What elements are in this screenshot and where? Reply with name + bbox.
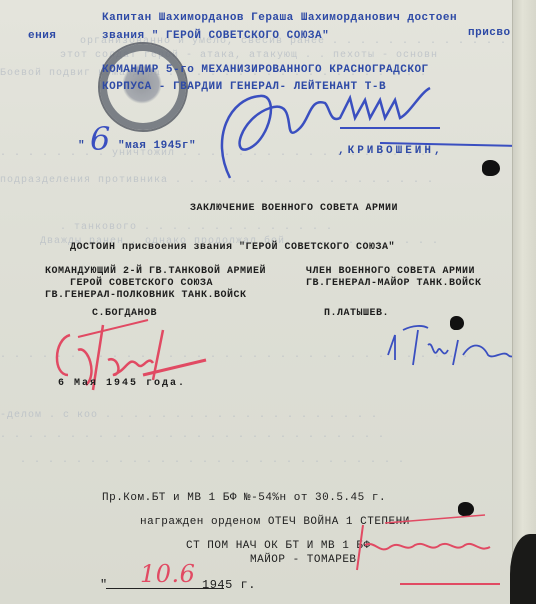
- paper-hole: [482, 160, 500, 176]
- header-date-day: 6: [90, 120, 111, 158]
- bleed-through-text: . . . . . . . . . . . . . . . . . . . . …: [20, 455, 405, 466]
- header-line-1-suffix: присво-: [468, 27, 518, 39]
- commander-signature: [190, 78, 450, 188]
- bleed-through-text: . . . . . . . . . . . . . . . . . . . . …: [0, 430, 385, 441]
- header-date-quote: ": [78, 140, 85, 152]
- paper-hole: [458, 502, 474, 516]
- award-signer-name: МАЙОР - ТОМАРЕВ: [250, 554, 357, 566]
- award-date-handwritten: 10.6: [140, 560, 195, 588]
- award-date-year: 1945 г.: [202, 578, 256, 592]
- conclusion-title: ЗАКЛЮЧЕНИЕ ВОЕННОГО СОВЕТА АРМИИ: [190, 203, 398, 214]
- header-line-2: звания " ГЕРОЙ СОВЕТСКОГО СОЮЗА": [102, 30, 329, 42]
- header-line-3: КОМАНДИР 5-го МЕХАНИЗИРОВАННОГО КРАСНОГР…: [102, 64, 429, 76]
- commander-title-line-1: КОМАНДУЮЩИЙ 2-Й ГВ.ТАНКОВОЙ АРМИЕЙ: [45, 266, 266, 277]
- conclusion-date: 6 Мая 1945 года.: [58, 378, 186, 389]
- header-date-rest: "мая 1945г": [118, 140, 196, 152]
- bleed-through-text: -делом . с коо . . . . . . . . . . . . .…: [0, 410, 378, 421]
- red-underline: [400, 583, 500, 585]
- conclusion-verdict: ДОСТОИН присвоения звания "ГЕРОЙ СОВЕТСК…: [70, 242, 395, 253]
- commander-title-line-3: ГВ.ГЕНЕРАЛ-ПОЛКОВНИК ТАНК.ВОЙСК: [45, 290, 247, 301]
- document-page: организованно и умело, свесив ранее . . …: [0, 0, 522, 604]
- header-line-2-prefix: ения: [28, 30, 56, 42]
- bleed-through-text: . танкового . . . . . . . . . . . . . .: [60, 222, 333, 233]
- award-signer-title: СТ ПОМ НАЧ ОК БТ И МВ 1 БФ: [186, 540, 371, 552]
- latyshev-signature: [383, 320, 533, 380]
- order-reference: Пр.Ком.БТ и МВ 1 БФ №-54%н от 30.5.45 г.: [102, 492, 386, 504]
- tomarev-signature: [355, 515, 505, 575]
- commander-title-line-2: ГЕРОЙ СОВЕТСКОГО СОЮЗА: [70, 278, 213, 289]
- award-date-quote: ": [100, 578, 108, 592]
- council-member-title-line-2: ГВ.ГЕНЕРАЛ-МАЙОР ТАНК.ВОЙСК: [306, 278, 482, 289]
- header-line-1: Капитан Шахиморданов Гераша Шахиморданов…: [102, 12, 457, 24]
- council-member-name: П.ЛАТЫШЕВ.: [324, 308, 389, 319]
- council-member-title-line-1: ЧЛЕН ВОЕННОГО СОВЕТА АРМИИ: [306, 266, 475, 277]
- paper-edge: [512, 0, 536, 604]
